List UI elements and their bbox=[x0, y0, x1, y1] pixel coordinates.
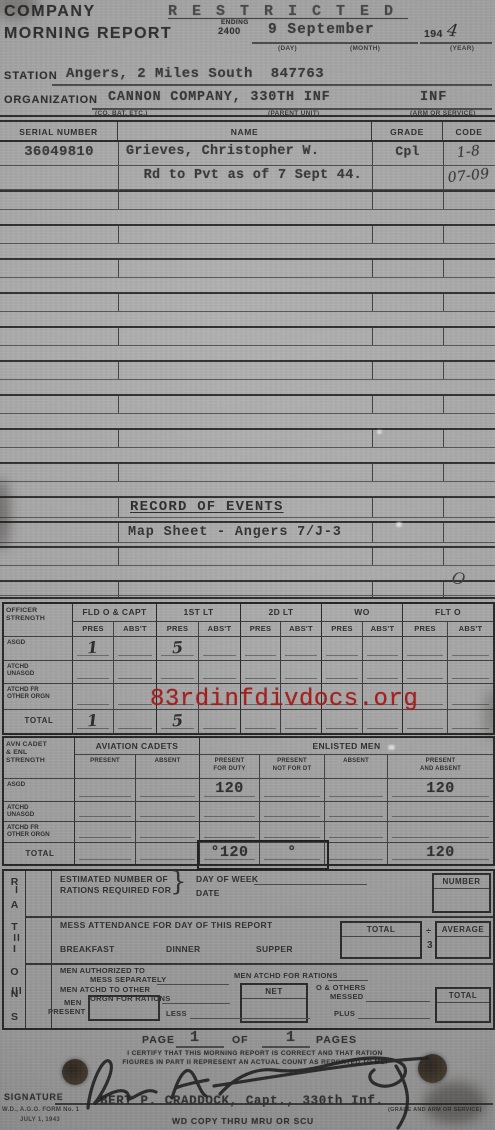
station-value: Angers, 2 Miles South 847763 bbox=[66, 66, 324, 82]
messed-line bbox=[366, 1001, 430, 1002]
column-divider bbox=[443, 464, 444, 481]
officer-strength-table-value-cell bbox=[447, 660, 493, 683]
roster-cell-grade: Cpl bbox=[372, 144, 443, 167]
enlisted-strength-table-row-label: TOTAL bbox=[4, 842, 74, 864]
signature-label: SIGNATURE bbox=[4, 1093, 64, 1103]
header-rule bbox=[0, 115, 495, 117]
column-divider bbox=[118, 430, 119, 447]
roster-row bbox=[0, 462, 495, 496]
roster-cell-name: Rd to Pvt as of 7 Sept 44. bbox=[118, 168, 372, 191]
total-box-part3-label: TOTAL bbox=[437, 989, 489, 1003]
column-divider bbox=[443, 328, 444, 345]
part1-numeral: I bbox=[4, 885, 30, 896]
officer-strength-table-column-header: PRES bbox=[156, 621, 198, 636]
column-divider bbox=[118, 548, 119, 565]
officer-strength-table-value: 5 bbox=[171, 638, 183, 658]
enlisted-strength-table-value-cell bbox=[259, 821, 324, 842]
column-divider bbox=[443, 192, 444, 209]
officer-strength-table-group-header: WO bbox=[321, 604, 402, 621]
column-divider bbox=[443, 498, 444, 517]
enlisted-strength-table-value-cell bbox=[259, 801, 324, 821]
officer-strength-table-value-cell bbox=[362, 636, 402, 660]
men-authorized-line1: MEN AUTHORIZED TO bbox=[60, 967, 145, 975]
enlisted-strength-table-value-cell bbox=[135, 842, 199, 864]
officer-strength-table-group-header: 2D LT bbox=[240, 604, 321, 621]
estimated-rations-line1: ESTIMATED NUMBER OF bbox=[60, 875, 168, 884]
paper-speck bbox=[377, 430, 382, 434]
total-box-part3: TOTAL bbox=[435, 987, 491, 1023]
roster-row: Rd to Pvt as of 7 Sept 44.07-09 bbox=[0, 166, 495, 190]
officer-strength-table-column-header: ABS'T bbox=[198, 621, 240, 636]
column-divider bbox=[372, 396, 373, 413]
number-box: NUMBER bbox=[432, 873, 491, 913]
enlisted-strength-table-column-header: PRESENT NOT FOR DT bbox=[259, 754, 324, 778]
atchd-for-rations-line bbox=[328, 980, 368, 981]
roster-row bbox=[0, 580, 495, 596]
enlisted-strength-table-corner-label: AVN CADET & ENL STRENGTH bbox=[4, 738, 74, 778]
column-divider bbox=[372, 294, 373, 311]
part-divider bbox=[25, 963, 493, 965]
arm-service-value: INF bbox=[420, 90, 447, 105]
officer-strength-table-column-header: ABS'T bbox=[447, 621, 493, 636]
dinner-label: DINNER bbox=[166, 945, 200, 954]
enlisted-strength-table-row-label: ATCHD UNASGD bbox=[4, 801, 74, 821]
roster-header-grade: GRADE bbox=[372, 122, 443, 140]
officer-strength-table-value-cell bbox=[321, 636, 362, 660]
rule-line bbox=[0, 379, 495, 380]
mess-attendance-title: MESS ATTENDANCE FOR DAY OF THIS REPORT bbox=[60, 921, 273, 930]
date-line bbox=[252, 42, 418, 44]
column-divider bbox=[372, 523, 373, 542]
enlisted-strength-table-value-cell bbox=[74, 842, 135, 864]
rations-vertical-letter: S bbox=[11, 1011, 18, 1023]
officer-strength-table-row-label: TOTAL bbox=[4, 709, 72, 733]
officer-strength-table-value-cell bbox=[447, 636, 493, 660]
men-present-box bbox=[88, 995, 160, 1021]
rule-line bbox=[0, 447, 495, 448]
column-divider bbox=[372, 548, 373, 565]
column-divider bbox=[118, 260, 119, 277]
enlisted-strength-table-value-cell bbox=[259, 778, 324, 801]
rule-line bbox=[0, 517, 495, 518]
officer-strength-table-value-cell bbox=[280, 660, 321, 683]
officer-strength-table: OFFICER STRENGTHFLD O & CAPT1ST LT2D LTW… bbox=[2, 602, 495, 735]
roster-header-serial: SERIAL NUMBER bbox=[0, 122, 118, 140]
paper-stain bbox=[484, 688, 495, 740]
number-box-label: NUMBER bbox=[434, 875, 489, 889]
roster-row bbox=[0, 292, 495, 326]
officer-strength-table-value-cell: 1 bbox=[72, 636, 113, 660]
enlisted-strength-table-value-cell bbox=[199, 801, 259, 821]
column-divider bbox=[118, 396, 119, 413]
breakfast-label: BREAKFAST bbox=[60, 945, 115, 954]
mess-separately-line bbox=[157, 984, 229, 985]
enlisted-strength-table-value-cell bbox=[135, 821, 199, 842]
officer-strength-table-value-cell bbox=[321, 660, 362, 683]
officer-strength-table-value-cell bbox=[280, 636, 321, 660]
officer-strength-table-column-header: PRES bbox=[72, 621, 113, 636]
enlisted-strength-table-column-header: PRESENT FOR DUTY bbox=[199, 754, 259, 778]
column-divider bbox=[118, 523, 119, 542]
section-rule bbox=[0, 597, 495, 599]
column-divider bbox=[443, 226, 444, 243]
roster-row bbox=[0, 360, 495, 394]
enlisted-strength-table-value-cell bbox=[324, 801, 387, 821]
officer-strength-table-value-cell bbox=[198, 660, 240, 683]
record-of-events-entry: Map Sheet - Angers 7/J-3 bbox=[128, 525, 342, 540]
roster-row bbox=[0, 326, 495, 360]
handdrawn-total-box bbox=[197, 840, 329, 870]
enlisted-strength-table-value-cell bbox=[387, 821, 493, 842]
enlisted-strength-table-group-header: ENLISTED MEN bbox=[199, 738, 493, 754]
officer-strength-table-row-label: ATCHD UNASGD bbox=[4, 660, 72, 683]
officer-strength-table-value-cell bbox=[240, 660, 280, 683]
officer-strength-table-value: 1 bbox=[87, 638, 99, 658]
plus-line bbox=[358, 1018, 430, 1019]
column-divider bbox=[118, 464, 119, 481]
roster-row bbox=[0, 546, 495, 580]
enlisted-strength-table-value: 120 bbox=[426, 844, 455, 861]
column-divider bbox=[118, 498, 119, 517]
enlisted-strength-table-value-cell bbox=[199, 821, 259, 842]
year-handwritten: 4 bbox=[446, 20, 460, 41]
rations-section: RATIONS I II III ESTIMATED NUMBER OF RAT… bbox=[2, 869, 495, 1030]
roster-row bbox=[0, 190, 495, 224]
rations-vertical-letter: T bbox=[11, 921, 17, 933]
rule-line bbox=[0, 565, 495, 566]
part-divider bbox=[25, 916, 493, 918]
officer-strength-table-value: 1 bbox=[87, 711, 99, 731]
rule-line bbox=[0, 277, 495, 278]
enlisted-strength-table-row-label: ASGD bbox=[4, 778, 74, 801]
officer-strength-table-value: 5 bbox=[171, 711, 183, 731]
column-divider bbox=[118, 192, 119, 209]
less-line bbox=[190, 1018, 310, 1019]
officer-strength-table-value-cell bbox=[240, 636, 280, 660]
o-and-others-line1: O & OTHERS bbox=[316, 984, 366, 992]
roster-row: Map Sheet - Angers 7/J-3 bbox=[0, 521, 495, 546]
net-box-label: NET bbox=[242, 985, 306, 999]
officer-strength-table-value-cell bbox=[402, 636, 447, 660]
men-atchd-for-rations: MEN ATCHD FOR RATIONS bbox=[234, 972, 338, 980]
men-authorized-line2: MESS SEPARATELY bbox=[90, 976, 166, 984]
officer-strength-table-value-cell bbox=[156, 660, 198, 683]
column-divider bbox=[372, 328, 373, 345]
column-divider bbox=[443, 430, 444, 447]
men-present-line1: MEN bbox=[64, 999, 82, 1007]
enlisted-strength-table-column-header: PRESENT AND ABSENT bbox=[387, 754, 493, 778]
restricted-stamp: RESTRICTED bbox=[168, 3, 408, 20]
form-date: JULY 1, 1943 bbox=[20, 1117, 60, 1123]
rations-vertical-letter: A bbox=[11, 899, 19, 911]
record-of-events-title: RECORD OF EVENTS bbox=[130, 499, 284, 515]
year-printed: 194 bbox=[424, 29, 443, 41]
divisor: 3 bbox=[427, 940, 433, 951]
column-divider bbox=[118, 294, 119, 311]
roster-cell-grade bbox=[372, 168, 443, 191]
rule-line bbox=[0, 209, 495, 210]
column-divider bbox=[372, 260, 373, 277]
enlisted-strength-table-group-header: AVIATION CADETS bbox=[74, 738, 199, 754]
officer-strength-table-column-header: ABS'T bbox=[113, 621, 156, 636]
roster-row: RECORD OF EVENTS bbox=[0, 496, 495, 521]
signature-scrawl bbox=[60, 1036, 470, 1130]
station-label: STATION bbox=[4, 70, 58, 82]
average-box: AVERAGE bbox=[435, 921, 491, 959]
rule-line bbox=[0, 542, 495, 543]
column-divider bbox=[372, 430, 373, 447]
officer-strength-table-value-cell bbox=[362, 660, 402, 683]
rule-line bbox=[0, 595, 495, 596]
enlisted-strength-table-row-label: ATCHD FR OTHER ORGN bbox=[4, 821, 74, 842]
officer-strength-table-value-cell bbox=[113, 660, 156, 683]
roster-header: SERIAL NUMBER NAME GRADE CODE bbox=[0, 120, 495, 142]
rule-line bbox=[0, 345, 495, 346]
enlisted-strength-table-value-cell bbox=[135, 778, 199, 801]
roster-cell-name: Grieves, Christopher W. bbox=[118, 144, 372, 167]
enlisted-strength-table-value-cell bbox=[324, 778, 387, 801]
month-sub-label: (MONTH) bbox=[350, 45, 380, 52]
enlisted-strength-table-value: 120 bbox=[426, 780, 455, 797]
average-box-label: AVERAGE bbox=[437, 923, 489, 937]
enlisted-strength-table-value-cell: 120 bbox=[387, 778, 493, 801]
column-divider bbox=[443, 294, 444, 311]
roster-header-name: NAME bbox=[118, 122, 372, 140]
men-present-line2: PRESENT bbox=[48, 1008, 86, 1016]
date-label: DATE bbox=[196, 889, 220, 898]
officer-strength-table-column-header: PRES bbox=[321, 621, 362, 636]
roster-rows: 36049810Grieves, Christopher W.Cpl1-8Rd … bbox=[0, 142, 495, 596]
officer-strength-table-group-header: 1ST LT bbox=[156, 604, 240, 621]
morning-report-form: COMPANY MORNING REPORT RESTRICTED ENDING… bbox=[0, 0, 495, 1130]
officer-strength-table-group-header: FLT O bbox=[402, 604, 493, 621]
day-sub-label: (DAY) bbox=[278, 45, 297, 52]
orgn-for-rations-line bbox=[162, 1003, 230, 1004]
part2-numeral: II bbox=[4, 933, 30, 944]
o-and-others-line2: MESSED bbox=[330, 993, 363, 1001]
enlisted-strength-table-value: 120 bbox=[215, 780, 244, 797]
rule-line bbox=[0, 311, 495, 312]
enlisted-strength-table-value-cell bbox=[387, 801, 493, 821]
day-of-week-label: DAY OF WEEK bbox=[196, 875, 258, 884]
officer-strength-table-value-cell bbox=[72, 683, 113, 709]
enlisted-strength-table-value-cell bbox=[324, 821, 387, 842]
column-divider bbox=[372, 362, 373, 379]
roster-row bbox=[0, 394, 495, 428]
rule-line bbox=[0, 481, 495, 482]
officer-strength-table-value-cell bbox=[72, 660, 113, 683]
enlisted-strength-table-column-header: ABSENT bbox=[135, 754, 199, 778]
rations-vertical-letter: O bbox=[10, 966, 18, 978]
paper-speck bbox=[388, 745, 395, 750]
column-divider bbox=[443, 548, 444, 565]
column-divider bbox=[443, 523, 444, 542]
officer-strength-table-row-label: ATCHD FR OTHER ORGN bbox=[4, 683, 72, 709]
column-divider bbox=[372, 192, 373, 209]
roster-row: 36049810Grieves, Christopher W.Cpl1-8 bbox=[0, 142, 495, 166]
enlisted-strength-table-value-cell bbox=[74, 778, 135, 801]
organization-label: ORGANIZATION bbox=[4, 94, 98, 106]
year-line bbox=[420, 42, 492, 44]
station-line bbox=[52, 84, 492, 86]
enlisted-strength-table-value-cell bbox=[324, 842, 387, 864]
column-divider bbox=[443, 396, 444, 413]
column-divider bbox=[118, 362, 119, 379]
total-box-part2-label: TOTAL bbox=[342, 923, 420, 937]
divide-sign: ÷ bbox=[426, 927, 431, 937]
enlisted-strength-table-value-cell bbox=[74, 821, 135, 842]
enlisted-strength-table-column-header: PRESENT bbox=[74, 754, 135, 778]
roster-cell-serial: 36049810 bbox=[0, 144, 118, 167]
form-title-morning-report: MORNING REPORT bbox=[4, 25, 172, 43]
roster-row bbox=[0, 428, 495, 462]
report-date-value: 9 September bbox=[268, 22, 375, 38]
men-atchd-other-line1: MEN ATCHD TO OTHER bbox=[60, 986, 150, 994]
plus-label: PLUS bbox=[334, 1010, 355, 1018]
ending-time: 2400 bbox=[218, 27, 241, 37]
rations-vertical-letter: I bbox=[13, 943, 16, 955]
brace: } bbox=[170, 868, 187, 897]
officer-strength-table-row-label: ASGD bbox=[4, 636, 72, 660]
total-box-part2: TOTAL bbox=[340, 921, 422, 959]
officer-strength-table-column-header: ABS'T bbox=[362, 621, 402, 636]
rule-line bbox=[0, 243, 495, 244]
enlisted-strength-table-value-cell bbox=[135, 801, 199, 821]
enlisted-strength-table-column-header: ABSENT bbox=[324, 754, 387, 778]
roster-cell-serial bbox=[0, 168, 118, 191]
paper-speck bbox=[396, 522, 402, 527]
enlisted-strength-table-value-cell: 120 bbox=[199, 778, 259, 801]
column-divider bbox=[118, 226, 119, 243]
column-divider bbox=[443, 260, 444, 277]
officer-strength-table-value-cell bbox=[402, 660, 447, 683]
column-divider bbox=[118, 328, 119, 345]
organization-value: CANNON COMPANY, 330TH INF bbox=[108, 90, 331, 105]
column-divider bbox=[372, 464, 373, 481]
roster-row bbox=[0, 224, 495, 258]
roster-row bbox=[0, 258, 495, 292]
supper-label: SUPPER bbox=[256, 945, 293, 954]
officer-strength-table-column-header: PRES bbox=[402, 621, 447, 636]
rule-line bbox=[0, 413, 495, 414]
officer-strength-table-value-cell bbox=[113, 636, 156, 660]
officer-strength-table-column-header: PRES bbox=[240, 621, 280, 636]
enlisted-strength-table-value-cell: 120 bbox=[387, 842, 493, 864]
column-divider bbox=[443, 362, 444, 379]
less-label: LESS bbox=[166, 1010, 187, 1018]
net-box: NET bbox=[240, 983, 308, 1023]
part3-numeral: III bbox=[4, 986, 30, 997]
officer-strength-table-value-cell: 5 bbox=[156, 636, 198, 660]
column-divider bbox=[372, 226, 373, 243]
watermark-text: 83rdinfdivdocs.org bbox=[150, 686, 418, 713]
officer-strength-table-value-cell bbox=[198, 636, 240, 660]
estimated-rations-line2: RATIONS REQUIRED FOR bbox=[60, 886, 171, 895]
officer-strength-table-column-header: ABS'T bbox=[280, 621, 321, 636]
enlisted-strength-table-value-cell bbox=[74, 801, 135, 821]
officer-strength-table-corner-label: OFFICER STRENGTH bbox=[4, 604, 72, 636]
day-of-week-line bbox=[254, 884, 367, 885]
roster-header-code: CODE bbox=[443, 122, 495, 140]
column-divider bbox=[372, 498, 373, 517]
year-sub-label: (YEAR) bbox=[450, 45, 474, 52]
officer-strength-table-value-cell: 1 bbox=[72, 709, 113, 733]
officer-strength-table-group-header: FLD O & CAPT bbox=[72, 604, 156, 621]
